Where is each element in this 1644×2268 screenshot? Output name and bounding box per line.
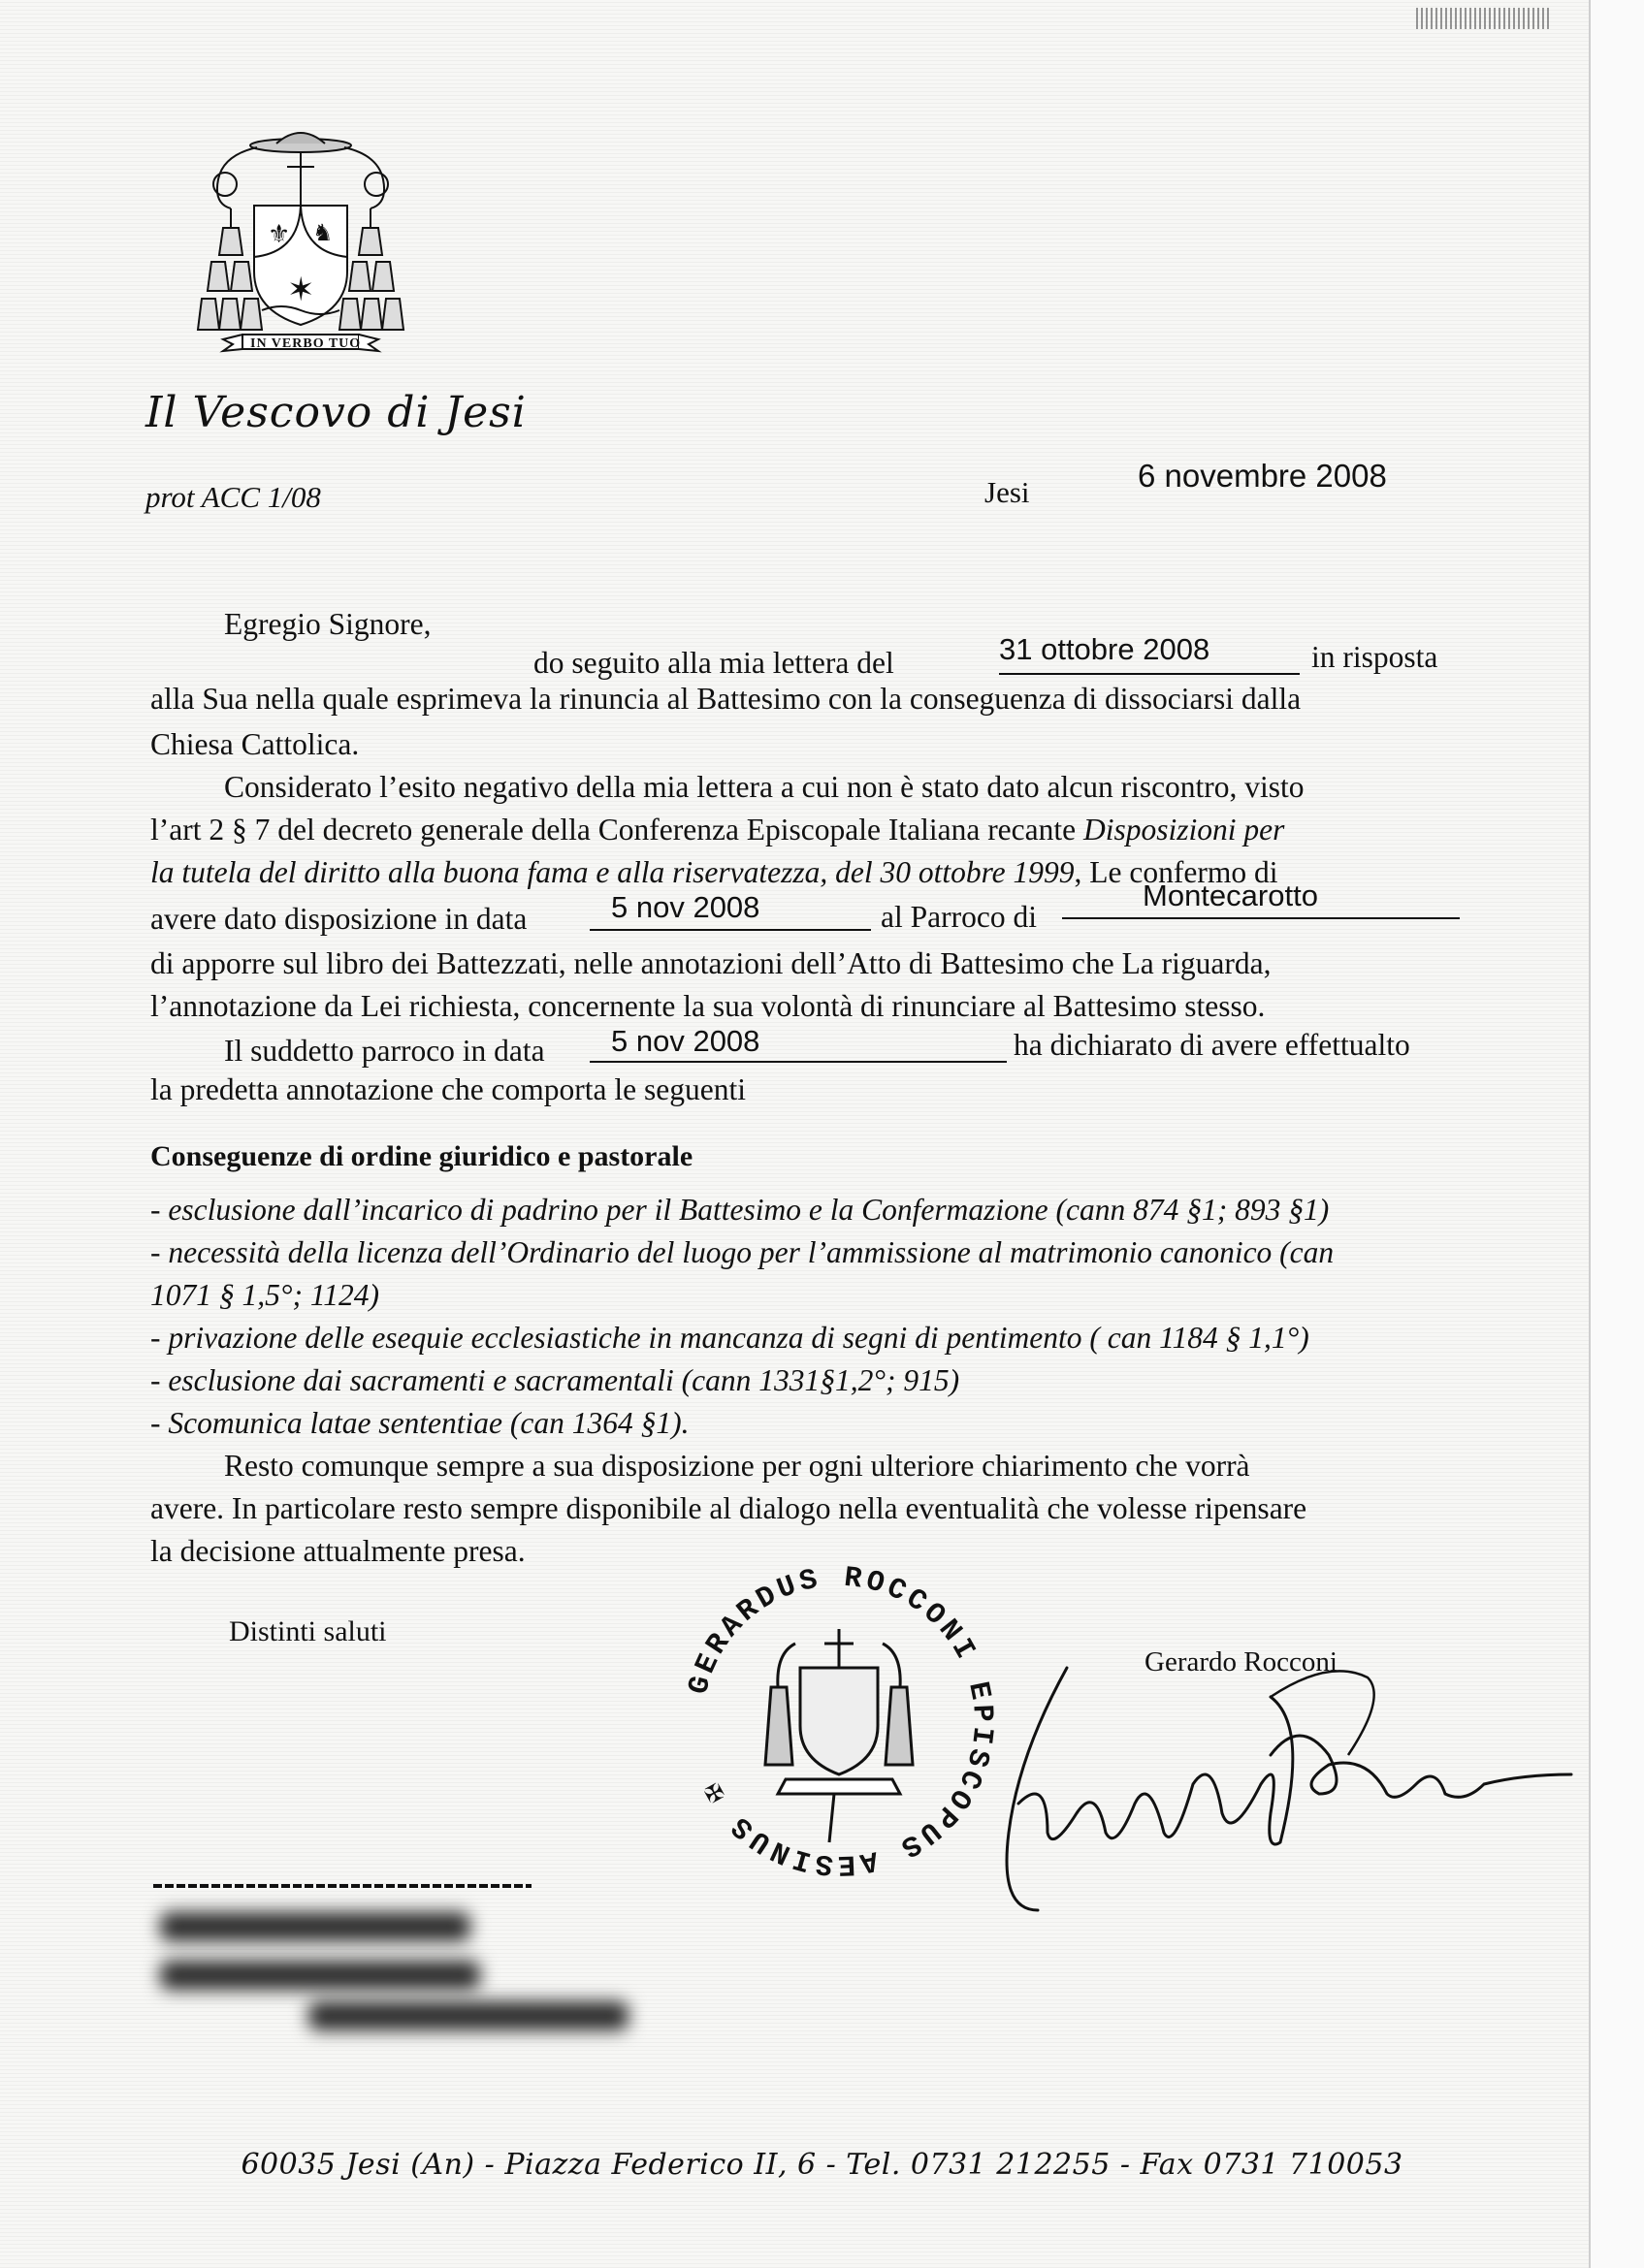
previous-letter-date: 31 ottobre 2008 (999, 632, 1209, 667)
handwritten-signature-icon (980, 1639, 1581, 1920)
protocol-number: prot ACC 1/08 (145, 480, 321, 515)
p2-line2: l’art 2 § 7 del decreto generale della C… (150, 815, 1284, 846)
p2-line3: la tutela del diritto alla buona fama e … (150, 857, 1277, 888)
p1-line1-suffix: in risposta (1311, 642, 1437, 673)
svg-text:✶: ✶ (287, 272, 315, 308)
p1-line1-prefix: do seguito alla mia lettera del (533, 648, 894, 679)
consequence-item: - Scomunica latae sententiae (can 1364 §… (150, 1408, 689, 1439)
annotation-date: 5 nov 2008 (611, 1024, 759, 1059)
scan-page-edge (1589, 0, 1644, 2268)
closing-line1: Resto comunque sempre a sua disposizione… (224, 1451, 1250, 1482)
redacted-address-line (160, 1961, 480, 1990)
closing-greeting: Distinti saluti (229, 1617, 387, 1646)
p3-line2: la predetta annotazione che comporta le … (150, 1074, 746, 1105)
p2-line2-plain: l’art 2 § 7 del decreto generale della C… (150, 813, 1083, 847)
p2-line4-prefix: avere dato disposizione in data (150, 904, 527, 935)
letterhead-footer-address: 60035 Jesi (An) - Piazza Federico II, 6 … (0, 2148, 1644, 2182)
fill-underline (590, 1061, 1007, 1063)
p1-line2: alla Sua nella quale esprimeva la rinunc… (150, 684, 1301, 715)
p2-line1: Considerato l’esito negativo della mia l… (224, 772, 1305, 803)
svg-text:♞: ♞ (312, 221, 334, 246)
salutation: Egregio Signore, (224, 609, 431, 640)
consequence-item: - necessità della licenza dell’Ordinario… (150, 1237, 1334, 1268)
closing-line3: la decisione attualmente presa. (150, 1536, 526, 1567)
p1-line3: Chiesa Cattolica. (150, 729, 359, 760)
fill-underline (1062, 917, 1460, 919)
closing-line2: avere. In particolare resto sempre dispo… (150, 1493, 1306, 1524)
letterhead-title: Il Vescovo di Jesi (145, 388, 527, 437)
scan-artifact (1416, 8, 1552, 29)
p2-line4-middle: al Parroco di (881, 902, 1037, 933)
svg-text:⚜: ⚜ (268, 220, 290, 248)
parish-name: Montecarotto (1143, 878, 1318, 913)
p3-line1-suffix: ha dichiarato di avere effettualto (1014, 1030, 1410, 1061)
consequences-heading: Conseguenze di ordine giuridico e pastor… (150, 1142, 693, 1171)
p2-line6: l’annotazione da Lei richiesta, concerne… (150, 991, 1265, 1022)
address-separator (153, 1884, 532, 1888)
redacted-address-line (308, 2001, 629, 2030)
p3-line1-prefix: Il suddetto parroco in data (224, 1036, 545, 1067)
consequence-item: - privazione delle esequie ecclesiastich… (150, 1323, 1309, 1354)
coat-of-arms-icon: ⚜ ♞ ✶ (184, 126, 417, 354)
consequence-item: 1071 § 1,5°; 1124) (150, 1280, 379, 1311)
p2-line2-italic: Disposizioni per (1083, 813, 1284, 847)
letter-date: 6 novembre 2008 (1138, 458, 1387, 495)
disposition-date: 5 nov 2008 (611, 890, 759, 925)
consequence-item: - esclusione dai sacramenti e sacramenta… (150, 1365, 959, 1396)
consequence-item: - esclusione dall’incarico di padrino pe… (150, 1195, 1329, 1226)
redacted-address-line (160, 1912, 470, 1941)
p2-line5: di apporre sul libro dei Battezzati, nel… (150, 948, 1272, 979)
episcopal-seal-icon: GERARDUS ROCCONI EPISCOPUS AESINUS ✠ (679, 1561, 999, 1881)
decree-title: la tutela del diritto alla buona fama e … (150, 855, 1075, 889)
coat-of-arms-motto: IN VERBO TUO (250, 336, 361, 352)
fill-underline (590, 929, 871, 931)
fill-underline (999, 673, 1300, 675)
date-place: Jesi (984, 475, 1030, 510)
